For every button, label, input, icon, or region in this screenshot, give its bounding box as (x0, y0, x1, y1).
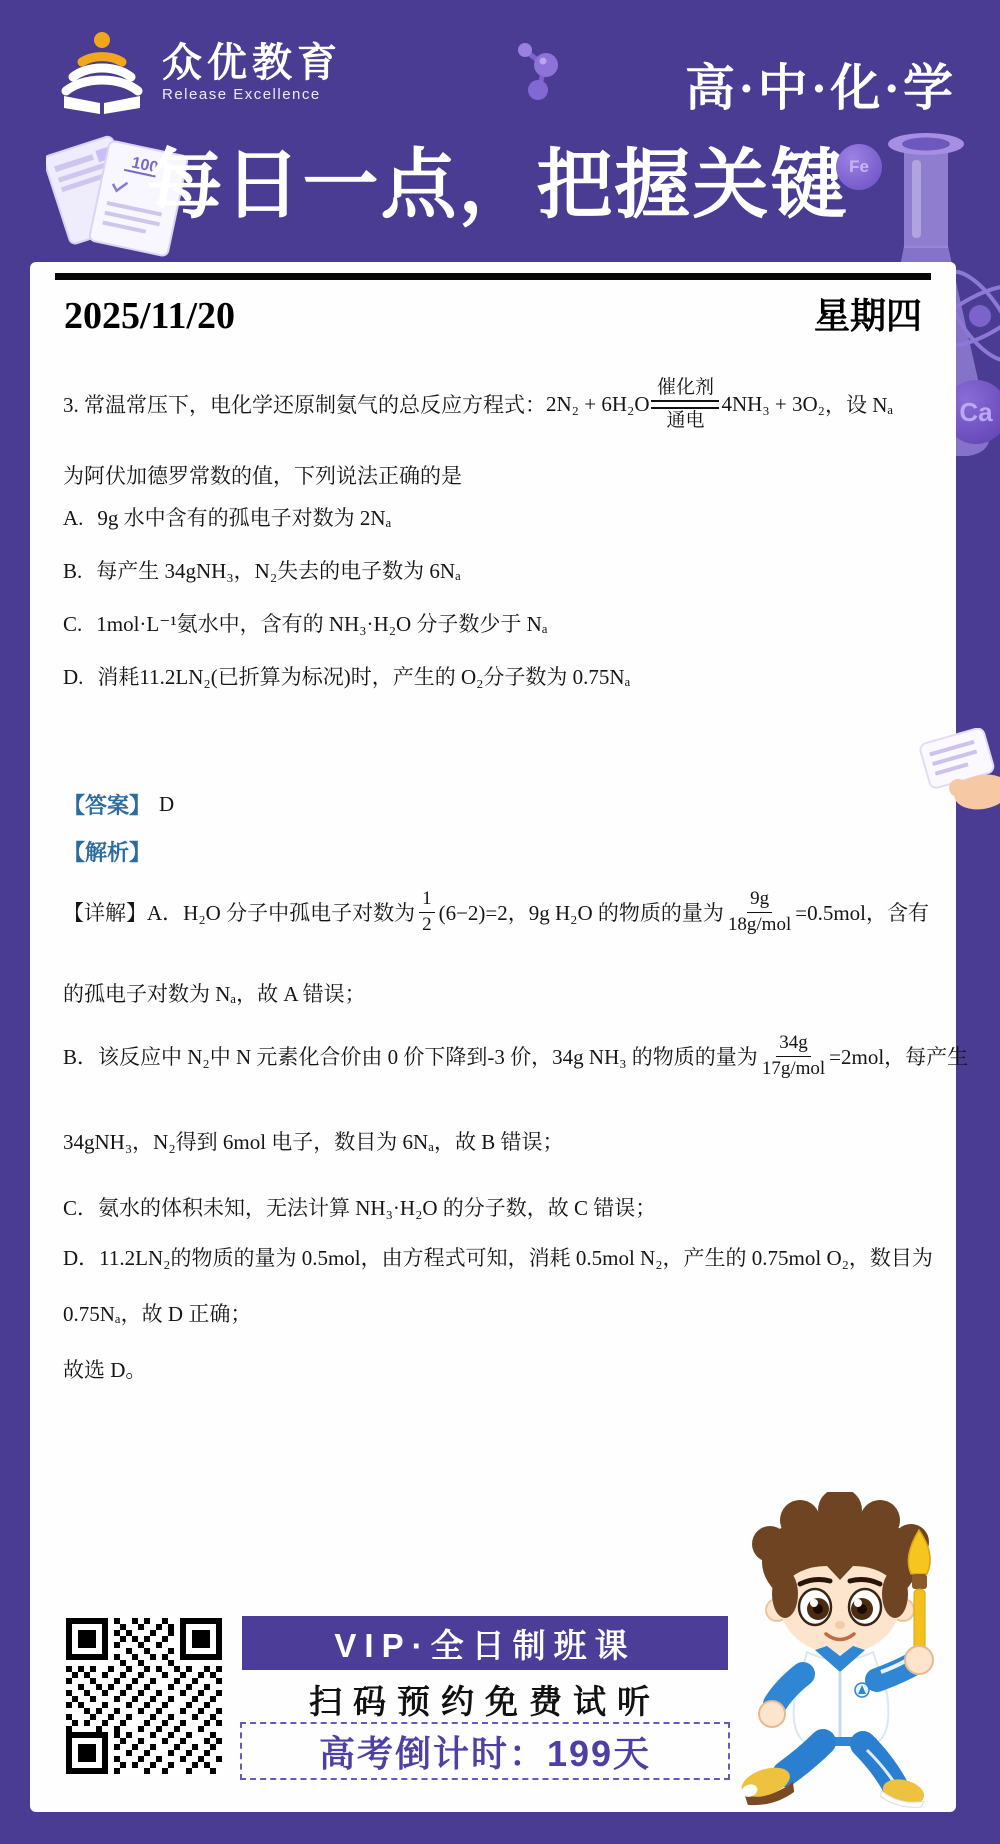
detail-d: D．11.2LN₂的物质的量为 0.5mol，由方程式可知，消耗 0.5mol … (63, 1242, 933, 1272)
fraction-34g-17g: 34g 17g/mol (762, 1032, 825, 1081)
detail-a-t1: 【详解】A．H₂O 分子中孤电子对数为 (63, 897, 415, 927)
subject-title: 高·中·化·学 (685, 48, 956, 120)
option-a-text: 9g 水中含有的孤电子对数为 2Nₐ (97, 502, 391, 532)
double-line-equals (651, 400, 719, 409)
reaction-condition: 催化剂 通电 (651, 377, 719, 432)
detail-d2: 0.75Nₐ，故 D 正确； (63, 1298, 251, 1328)
brand-name: 众优教育 (162, 42, 342, 84)
fe-element-ball: Fe (836, 144, 882, 190)
option-c: C. 1mol·L⁻¹氨水中，含有的 NH₃·H₂O 分子数少于 Nₐ (63, 608, 548, 638)
option-d: D. 消耗11.2LN₂(已折算为标况)时，产生的 O₂分子数为 0.75Nₐ (63, 661, 630, 691)
detail-c: C．氨水的体积未知，无法计算 NH₃·H₂O 的分子数，故 C 错误； (63, 1192, 656, 1222)
qr-code (66, 1618, 222, 1774)
date: 2025/11/20 (64, 294, 235, 338)
option-d-text: 消耗11.2LN₂(已折算为标况)时，产生的 O₂分子数为 0.75Nₐ (97, 661, 630, 691)
hand-notes-icon (916, 728, 1000, 810)
option-c-label: C. (63, 612, 82, 637)
question-line2: 为阿伏加德罗常数的值，下列说法正确的是 (63, 460, 462, 490)
option-a-label: A. (63, 506, 83, 531)
option-b-label: B. (63, 559, 82, 584)
question-intro-row: 3. 常温常压下，电化学还原制氨气的总反应方程式： 2N₂ + 6H₂O 催化剂… (63, 358, 893, 450)
ca-label: Ca (959, 397, 992, 428)
countdown-box: 高考倒计时：199天 (240, 1722, 730, 1780)
detail-b2: 34gNH₃，N₂得到 6mol 电子，数目为 6Nₐ，故 B 错误； (63, 1126, 563, 1156)
option-b-text: 每产生 34gNH₃，N₂失去的电子数为 6Nₐ (96, 555, 461, 585)
fraction-half: 1 2 (419, 888, 435, 937)
equation-products: 4NH₃ + 3O₂ (721, 392, 824, 417)
detail-a-t2: (6−2)=2，9g H₂O 的物质的量为 (439, 897, 724, 927)
equation-reactants: 2N₂ + 6H₂O (546, 392, 649, 417)
brand-logo-icon (56, 30, 148, 114)
detail-b-row: B．该反应中 N₂中 N 元素化合价由 0 价下降到-3 价，34g NH₃ 的… (63, 1014, 968, 1098)
molecule-icon (513, 40, 573, 102)
question-intro-tail: ，设 Nₐ (825, 389, 893, 419)
fe-label: Fe (849, 157, 869, 177)
answer-row: 【答案】 D (63, 789, 174, 820)
detail-a2: 的孤电子对数为 Nₐ，故 A 错误； (63, 978, 366, 1008)
brand-slogan: Release Excellence (162, 86, 342, 103)
fraction-9g-18g: 9g 18g/mol (728, 888, 791, 937)
answer-label: 【答案】 (63, 789, 151, 820)
detail-a-t3: =0.5mol，含有 (795, 897, 929, 927)
dateline: 2025/11/20 星期四 (64, 288, 922, 339)
vip-banner: VIP·全日制班课 (242, 1616, 728, 1670)
option-c-text: 1mol·L⁻¹氨水中，含有的 NH₃·H₂O 分子数少于 Nₐ (96, 608, 547, 638)
content-card: 2025/11/20 星期四 3. 常温常压下，电化学还原制氨气的总反应方程式：… (30, 262, 956, 1812)
weekday: 星期四 (814, 288, 922, 339)
answer-value: D (159, 792, 174, 817)
option-a: A. 9g 水中含有的孤电子对数为 2Nₐ (63, 502, 391, 532)
brand-logo: 众优教育 Release Excellence (56, 30, 342, 114)
analysis-label: 【解析】 (63, 836, 151, 867)
conclusion: 故选 D。 (63, 1354, 146, 1384)
banner-title: 每日一点，把握关键 (140, 124, 855, 233)
condition-top: 催化剂 (657, 377, 714, 399)
poster-page: 众优教育 Release Excellence 高·中·化·学 100 (0, 0, 1000, 1844)
question-intro: 3. 常温常压下，电化学还原制氨气的总反应方程式： (63, 389, 546, 419)
detail-a-row: 【详解】A．H₂O 分子中孤电子对数为 1 2 (6−2)=2，9g H₂O 的… (63, 870, 929, 954)
scan-cta: 扫码预约免费试听 (242, 1676, 728, 1722)
detail-b-t1: B．该反应中 N₂中 N 元素化合价由 0 价下降到-3 价，34g NH₃ 的… (63, 1041, 758, 1071)
option-b: B. 每产生 34gNH₃，N₂失去的电子数为 6Nₐ (63, 555, 461, 585)
option-d-label: D. (63, 665, 83, 690)
top-rule (55, 273, 931, 280)
detail-b-t2: =2mol，每产生 (829, 1041, 968, 1071)
condition-bottom: 通电 (666, 410, 704, 432)
mascot-boy (712, 1492, 968, 1822)
